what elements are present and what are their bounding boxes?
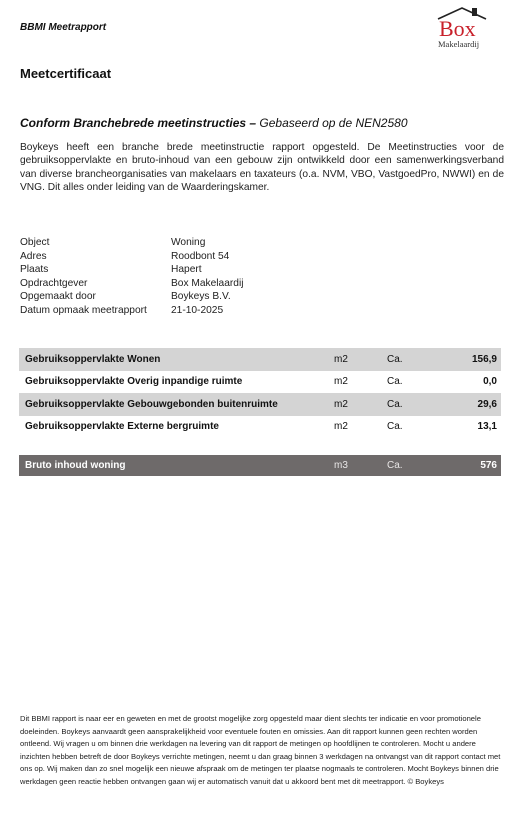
intro-paragraph: Boykeys heeft een branche brede meetinst…: [20, 141, 504, 195]
info-label: Adres: [20, 250, 171, 264]
info-label: Datum opmaak meetrapport: [20, 304, 171, 318]
table-row: Gebruiksoppervlakte Externe bergruimte m…: [19, 416, 501, 439]
info-label: Opdrachtgever: [20, 277, 171, 291]
info-label: Plaats: [20, 263, 171, 277]
table-row: Gebruiksoppervlakte Gebouwgebonden buite…: [19, 393, 501, 416]
measurement-approx: Ca.: [387, 376, 447, 387]
info-value: Box Makelaardij: [171, 277, 243, 291]
info-row-client: Opdrachtgever Box Makelaardij: [20, 277, 243, 291]
measurement-unit: m2: [334, 421, 387, 432]
table-row: Gebruiksoppervlakte Wonen m2 Ca. 156,9: [19, 348, 501, 371]
measurement-unit: m2: [334, 376, 387, 387]
bruto-value: 576: [447, 460, 501, 471]
company-logo: Box Makelaardij: [434, 6, 492, 50]
logo-brand: Box: [439, 18, 476, 40]
section-subtitle: Conform Branchebrede meetinstructies – G…: [20, 116, 408, 130]
measurement-approx: Ca.: [387, 354, 447, 365]
measurement-label: Gebruiksoppervlakte Externe bergruimte: [19, 421, 334, 432]
measurement-value: 0,0: [447, 376, 501, 387]
measurement-value: 13,1: [447, 421, 501, 432]
measurement-value: 29,6: [447, 399, 501, 410]
measurement-approx: Ca.: [387, 399, 447, 410]
bruto-label: Bruto inhoud woning: [19, 460, 334, 471]
info-label: Object: [20, 236, 171, 250]
measurement-label: Gebruiksoppervlakte Gebouwgebonden buite…: [19, 399, 334, 410]
info-value: Woning: [171, 236, 205, 250]
info-row-date: Datum opmaak meetrapport 21-10-2025: [20, 304, 243, 318]
info-value: 21-10-2025: [171, 304, 223, 318]
measurement-table: Gebruiksoppervlakte Wonen m2 Ca. 156,9 G…: [19, 348, 501, 438]
report-label: BBMI Meetrapport: [20, 22, 106, 33]
table-row: Gebruiksoppervlakte Overig inpandige rui…: [19, 371, 501, 394]
info-value: Roodbont 54: [171, 250, 229, 264]
logo-subtitle: Makelaardij: [438, 39, 479, 49]
property-info: Object Woning Adres Roodbont 54 Plaats H…: [20, 236, 243, 318]
measurement-value: 156,9: [447, 354, 501, 365]
measurement-label: Gebruiksoppervlakte Wonen: [19, 354, 334, 365]
bruto-volume-row: Bruto inhoud woning m3 Ca. 576: [19, 455, 501, 476]
bruto-unit: m3: [334, 460, 387, 471]
info-value: Boykeys B.V.: [171, 290, 231, 304]
subtitle-normal: Gebaseerd op de NEN2580: [256, 116, 407, 130]
info-row-author: Opgemaakt door Boykeys B.V.: [20, 290, 243, 304]
bruto-approx: Ca.: [387, 460, 447, 471]
measurement-unit: m2: [334, 354, 387, 365]
info-row-city: Plaats Hapert: [20, 263, 243, 277]
measurement-label: Gebruiksoppervlakte Overig inpandige rui…: [19, 376, 334, 387]
info-row-object: Object Woning: [20, 236, 243, 250]
info-label: Opgemaakt door: [20, 290, 171, 304]
disclaimer-text: Dit BBMI rapport is naar eer en geweten …: [20, 713, 504, 789]
measurement-approx: Ca.: [387, 421, 447, 432]
page-title: Meetcertificaat: [20, 66, 111, 81]
info-value: Hapert: [171, 263, 202, 277]
subtitle-bold: Conform Branchebrede meetinstructies –: [20, 116, 256, 130]
info-row-address: Adres Roodbont 54: [20, 250, 243, 264]
measurement-unit: m2: [334, 399, 387, 410]
